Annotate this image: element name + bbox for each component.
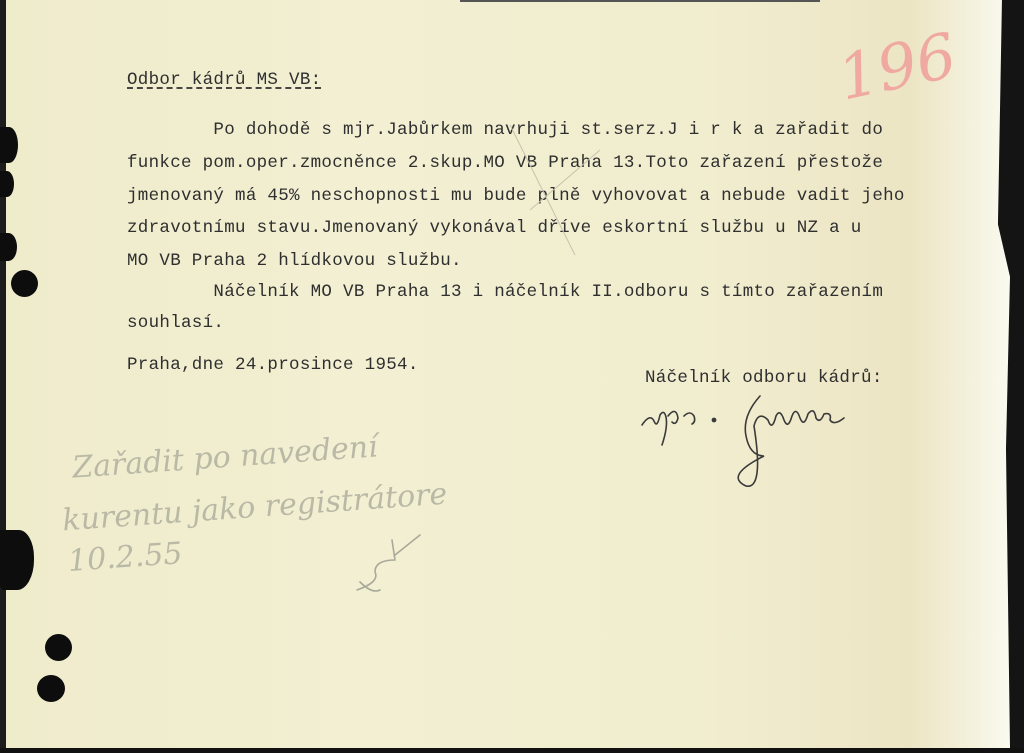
signature-scribble (0, 0, 1024, 753)
